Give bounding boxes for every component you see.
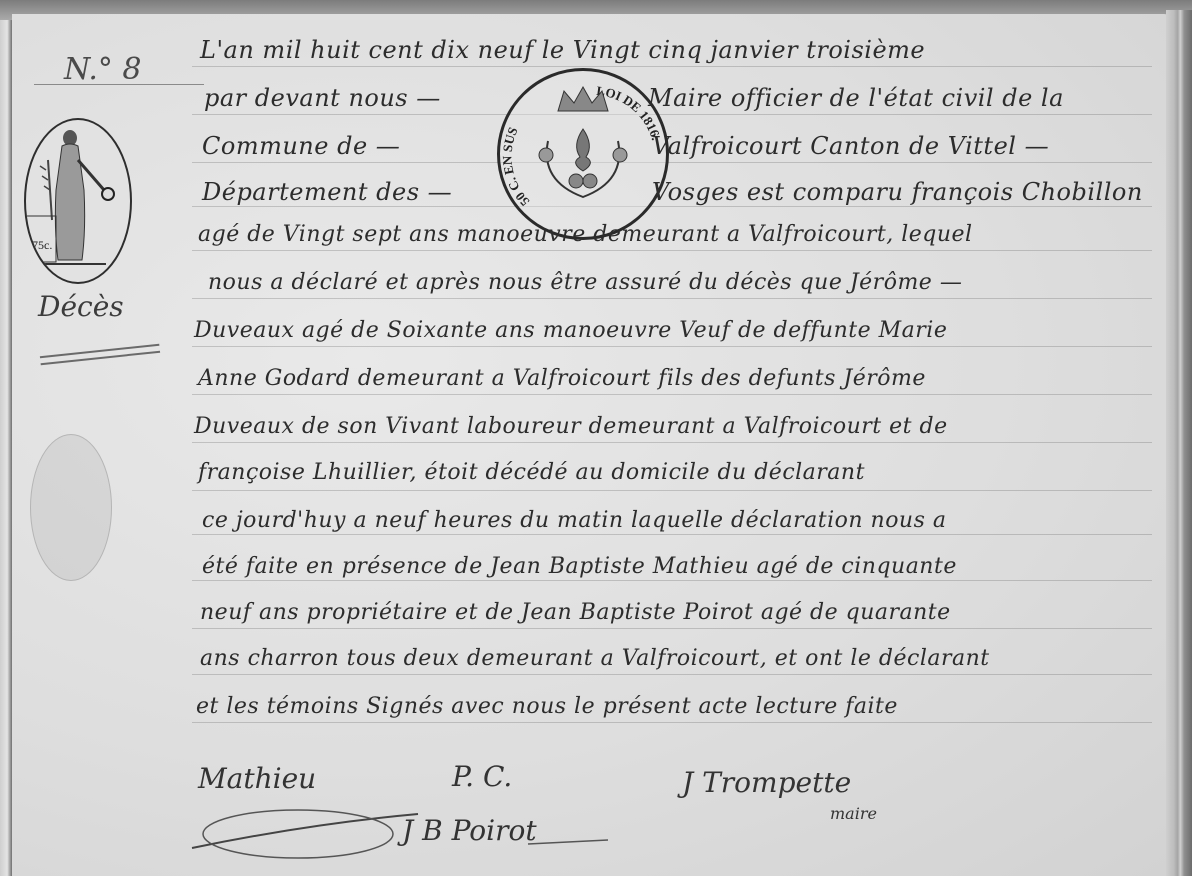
- record-line-6: Département des —: [202, 178, 452, 206]
- ruled-line: [192, 628, 1152, 629]
- record-line-12: Duveaux de son Vivant laboureur demeuran…: [194, 414, 948, 439]
- entry-type-label: Décès: [38, 290, 124, 323]
- stamp-value: 75c.: [32, 238, 52, 253]
- signature-mathieu: Mathieu: [198, 762, 316, 795]
- record-line-4: Commune de —: [202, 132, 400, 160]
- allegorical-figure-icon: [26, 120, 130, 282]
- record-line-13: françoise Lhuillier, étoit décédé au dom…: [198, 460, 865, 485]
- ruled-line: [192, 114, 1152, 115]
- ruled-line: [192, 250, 1152, 251]
- record-line-9: nous a déclaré et après nous être assuré…: [208, 270, 962, 295]
- page-edges-stack: [1166, 10, 1192, 876]
- ruled-line: [192, 580, 1152, 581]
- record-line-1: L'an mil huit cent dix neuf le Vingt cin…: [200, 36, 925, 64]
- tax-stamp-1816: 50 C. EN SUS LOI DE 1816.: [497, 68, 669, 240]
- record-line-10: Duveaux agé de Soixante ans manoeuvre Ve…: [194, 318, 947, 343]
- entry-number: N.° 8: [64, 52, 142, 87]
- ruled-line: [192, 162, 1152, 163]
- ruled-line: [192, 490, 1152, 491]
- signature-initials: P. C.: [452, 760, 512, 793]
- ruled-line: [192, 442, 1152, 443]
- record-line-14: ce jourd'huy a neuf heures du matin laqu…: [202, 508, 947, 533]
- record-line-18: et les témoins Signés avec nous le prése…: [196, 694, 898, 719]
- margin-double-rule: [40, 344, 160, 365]
- record-line-8: agé de Vingt sept ans manoeuvre demeuran…: [198, 222, 973, 247]
- signature-flourish-icon: [188, 794, 608, 864]
- ruled-line: [192, 722, 1152, 723]
- ruled-line: [192, 298, 1152, 299]
- record-line-11: Anne Godard demeurant a Valfroicourt fil…: [198, 366, 926, 391]
- record-line-3: Maire officier de l'état civil de la: [648, 84, 1064, 112]
- record-line-7: Vosges est comparu françois Chobillon: [652, 178, 1143, 206]
- ruled-line: [192, 674, 1152, 675]
- signature-mayor: J Trompette: [682, 766, 851, 799]
- record-line-5: Valfroicourt Canton de Vittel —: [652, 132, 1049, 160]
- record-line-15: été faite en présence de Jean Baptiste M…: [202, 554, 957, 579]
- ruled-line: [192, 206, 1152, 207]
- book-spine: [0, 20, 12, 876]
- record-line-16: neuf ans propriétaire et de Jean Baptist…: [200, 600, 951, 625]
- crown-fleur-de-lis-icon: 50 C. EN SUS LOI DE 1816.: [500, 71, 666, 237]
- mayor-title: maire: [830, 804, 877, 823]
- ruled-line: [192, 394, 1152, 395]
- faded-bleedthrough-stamp: [30, 434, 112, 581]
- marianne-medallion-stamp: 75c.: [24, 118, 132, 284]
- ruled-line: [192, 346, 1152, 347]
- svg-text:50 C. EN SUS: 50 C. EN SUS: [500, 125, 532, 209]
- ruled-line: [192, 534, 1152, 535]
- record-line-2: par devant nous —: [204, 84, 441, 112]
- record-line-17: ans charron tous deux demeurant a Valfro…: [200, 646, 990, 671]
- register-page: N.° 8 75c. Décès 50 C. EN SUS LOI: [12, 14, 1174, 876]
- ruled-line: [192, 66, 1152, 67]
